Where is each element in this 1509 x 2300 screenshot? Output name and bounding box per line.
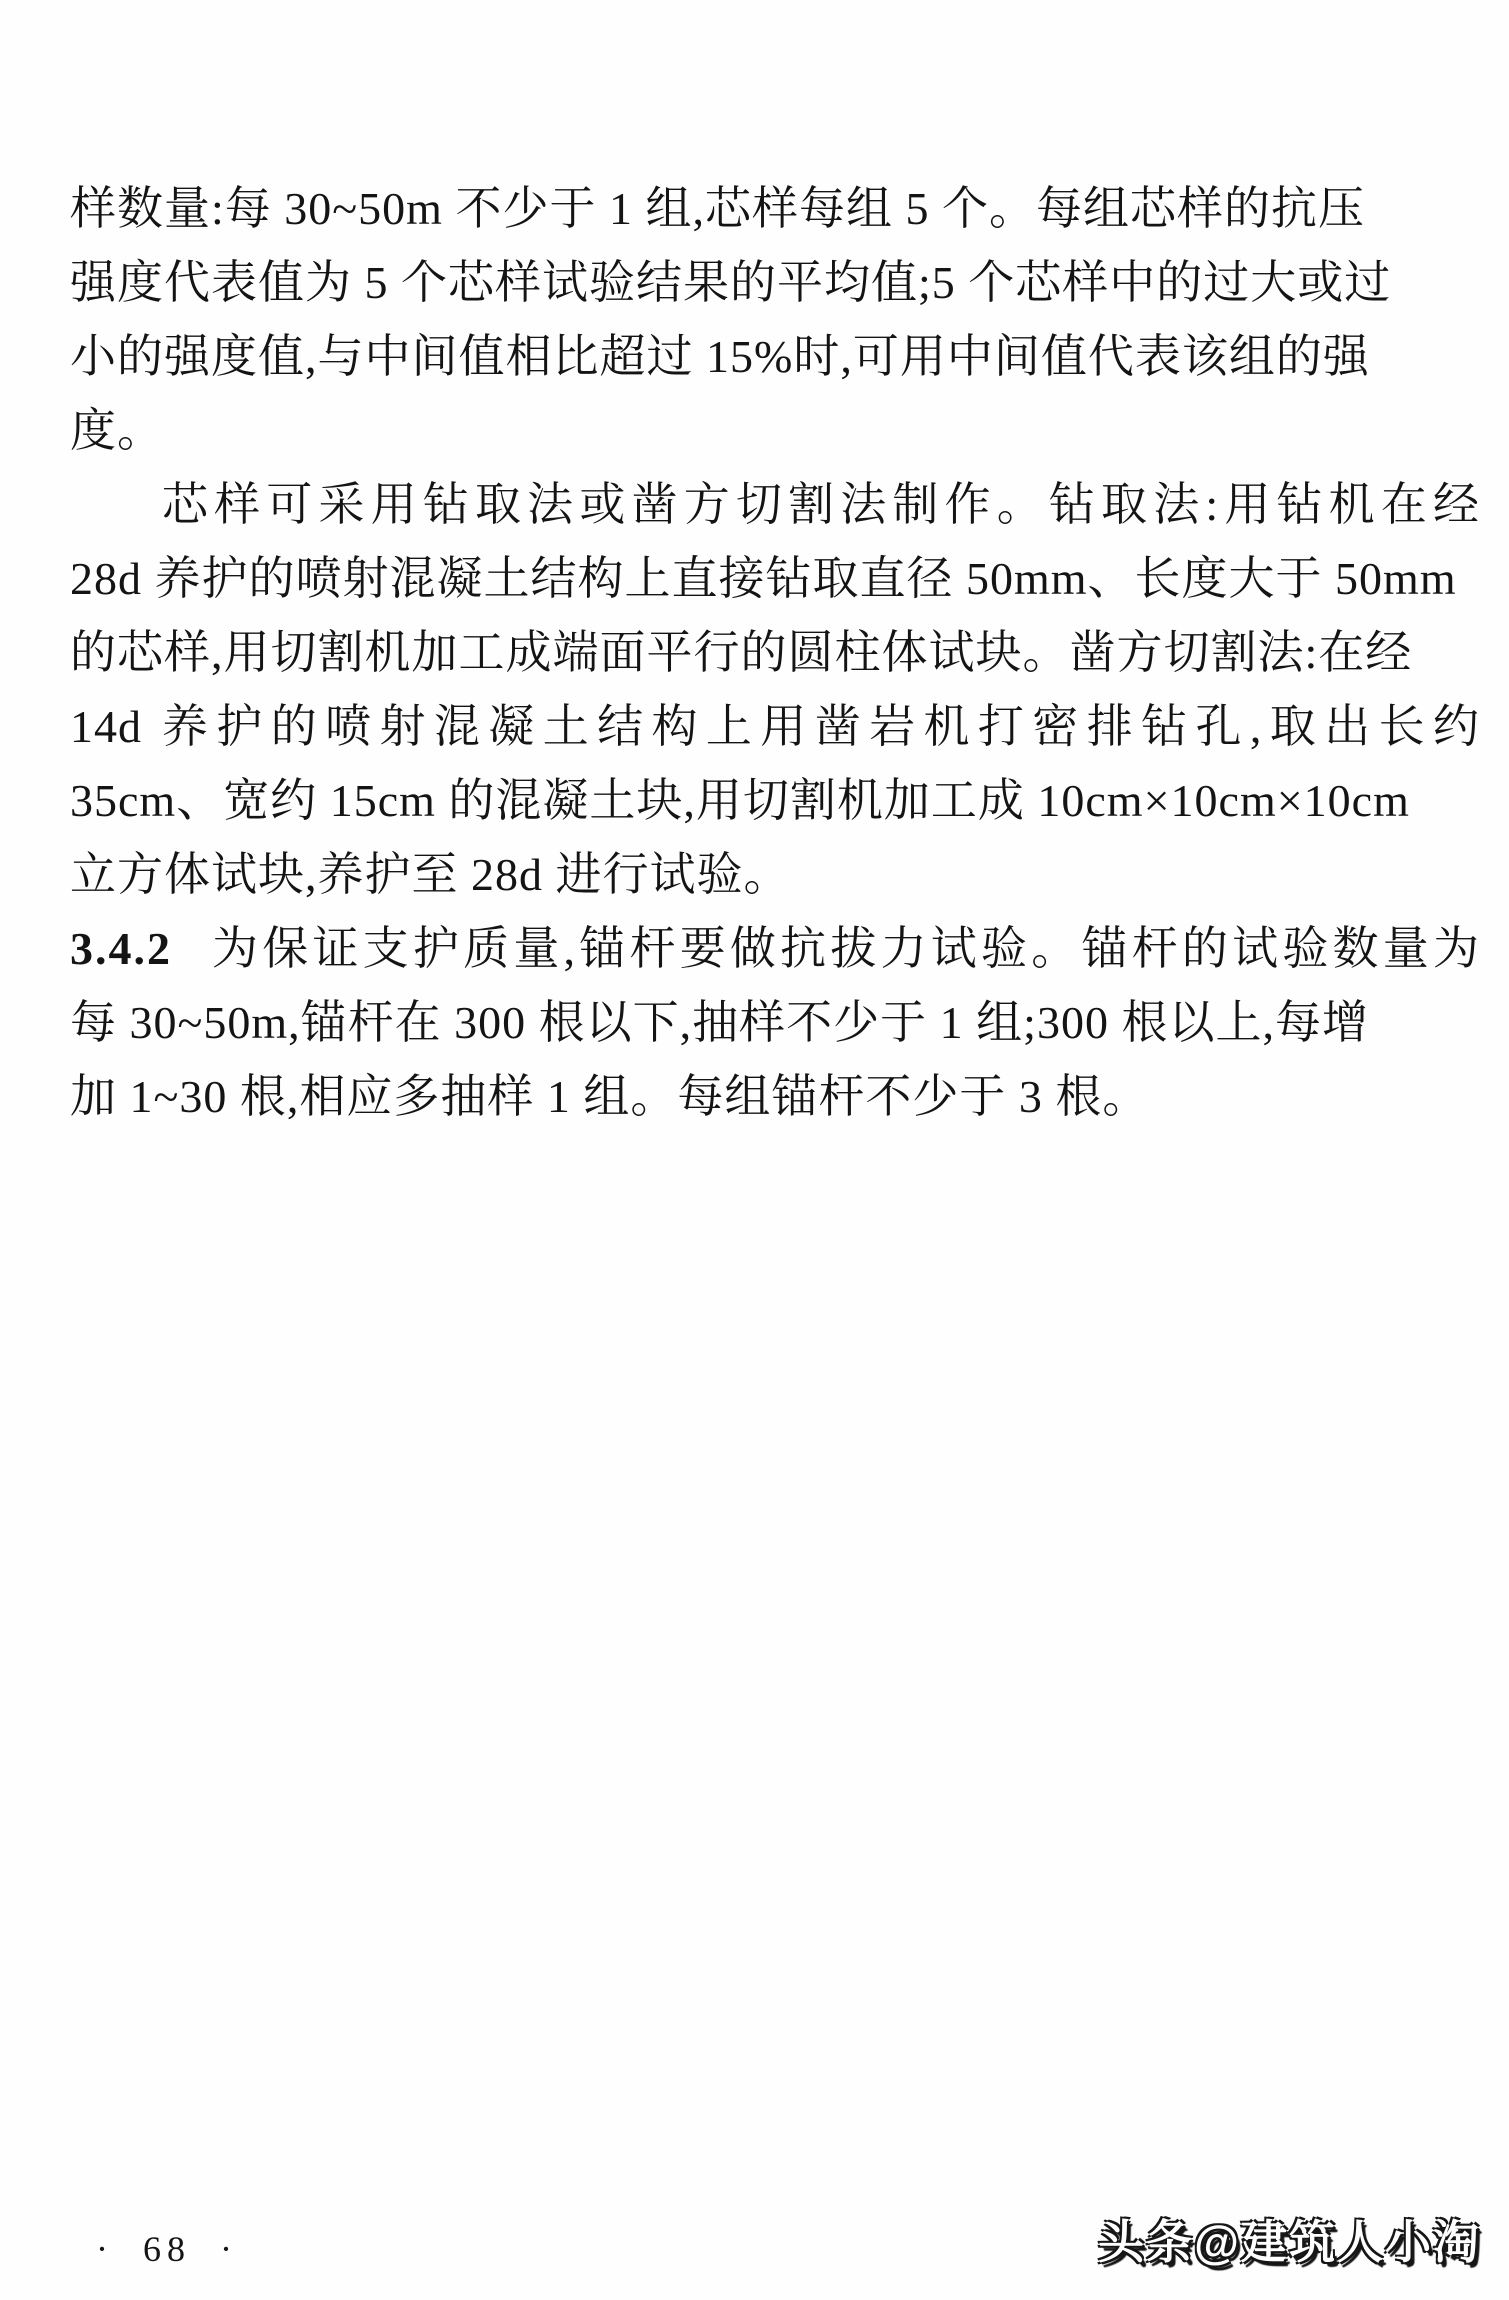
text-line-6: 28d 养护的喷射混凝土结构上直接钻取直径 50mm、长度大于 50mm — [70, 542, 1480, 616]
text-line-13: 加 1~30 根,相应多抽样 1 组。每组锚杆不少于 3 根。 — [70, 1060, 1480, 1134]
text-line-2: 强度代表值为 5 个芯样试验结果的平均值;5 个芯样中的过大或过 — [70, 246, 1480, 320]
page-number: · 68 · — [96, 2228, 238, 2270]
text-line-1: 样数量:每 30~50m 不少于 1 组,芯样每组 5 个。每组芯样的抗压 — [70, 172, 1480, 246]
text-line-10: 立方体试块,养护至 28d 进行试验。 — [70, 838, 1480, 912]
text-line-12: 每 30~50m,锚杆在 300 根以下,抽样不少于 1 组;300 根以上,每… — [70, 986, 1480, 1060]
document-page: 样数量:每 30~50m 不少于 1 组,芯样每组 5 个。每组芯样的抗压 强度… — [0, 0, 1509, 2300]
page-footer: · 68 · 头条@建筑人小淘 — [0, 2180, 1509, 2300]
text-line-3: 小的强度值,与中间值相比超过 15%时,可用中间值代表该组的强 — [70, 320, 1480, 394]
clause-text: 为保证支护质量,锚杆要做抗拔力试验。锚杆的试验数量为 — [209, 923, 1480, 974]
text-line-9: 35cm、宽约 15cm 的混凝土块,用切割机加工成 10cm×10cm×10c… — [70, 764, 1480, 838]
text-line-8: 14d 养护的喷射混凝土结构上用凿岩机打密排钻孔,取出长约 — [70, 690, 1480, 764]
clause-number: 3.4.2 — [70, 923, 172, 974]
text-line-5: 芯样可采用钻取法或凿方切割法制作。钻取法:用钻机在经 — [70, 468, 1480, 542]
watermark: 头条@建筑人小淘 — [1098, 2206, 1481, 2272]
text-block: 样数量:每 30~50m 不少于 1 组,芯样每组 5 个。每组芯样的抗压 强度… — [70, 172, 1480, 1134]
clause-line: 3.4.2为保证支护质量,锚杆要做抗拔力试验。锚杆的试验数量为 — [70, 912, 1480, 986]
text-line-7: 的芯样,用切割机加工成端面平行的圆柱体试块。凿方切割法:在经 — [70, 616, 1480, 690]
text-line-4: 度。 — [70, 394, 1480, 468]
